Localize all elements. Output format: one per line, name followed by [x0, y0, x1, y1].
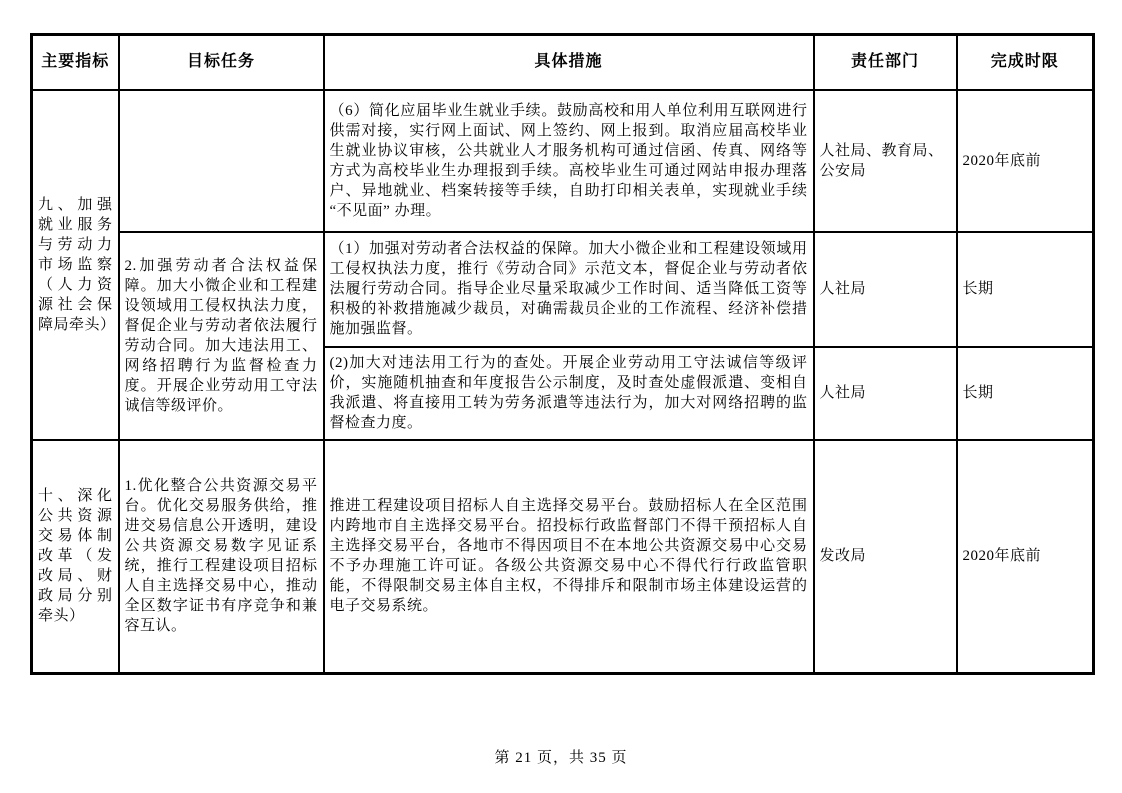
cell-dept-row3: 人社局 [814, 347, 957, 440]
cell-deadline-row4: 2020年底前 [957, 440, 1094, 674]
cell-measure-2: (2)加大对违法用工行为的查处。开展企业劳动用工守法诚信等级评价，实施随机抽查和… [324, 347, 814, 440]
cell-deadline-row3: 长期 [957, 347, 1094, 440]
header-responsible-dept: 责任部门 [814, 35, 957, 90]
cell-task-2: 2.加强劳动者合法权益保障。加大小微企业和工程建设领域用工侵权执法力度，督促企业… [119, 232, 324, 440]
page-number: 第 21 页，共 35 页 [0, 746, 1122, 767]
cell-indicator-section9: 九、加强就业服务与劳动力市场监察（人力资源社会保障局牵头） [32, 90, 119, 440]
cell-dept-row2: 人社局 [814, 232, 957, 347]
cell-dept-row1: 人社局、教育局、公安局 [814, 90, 957, 232]
document-page: 主要指标 目标任务 具体措施 责任部门 完成时限 九、加强就业服务与劳动力市场监… [0, 0, 1122, 793]
measures-table: 主要指标 目标任务 具体措施 责任部门 完成时限 九、加强就业服务与劳动力市场监… [30, 33, 1095, 675]
cell-measure-6: （6）简化应届毕业生就业手续。鼓励高校和用人单位利用互联网进行供需对接，实行网上… [324, 90, 814, 232]
header-specific-measures: 具体措施 [324, 35, 814, 90]
header-main-indicator: 主要指标 [32, 35, 119, 90]
cell-measure-1: （1）加强对劳动者合法权益的保障。加大小微企业和工程建设领域用工侵权执法力度，推… [324, 232, 814, 347]
table-header-row: 主要指标 目标任务 具体措施 责任部门 完成时限 [32, 35, 1094, 90]
cell-task-1: 1.优化整合公共资源交易平台。优化交易服务供给，推进交易信息公开透明，建设公共资… [119, 440, 324, 674]
table-row: 十、深化公共资源交易体制改革（发改局、财政局分别牵头） 1.优化整合公共资源交易… [32, 440, 1094, 674]
table-row: 2.加强劳动者合法权益保障。加大小微企业和工程建设领域用工侵权执法力度，督促企业… [32, 232, 1094, 347]
header-deadline: 完成时限 [957, 35, 1094, 90]
table-row: 九、加强就业服务与劳动力市场监察（人力资源社会保障局牵头） （6）简化应届毕业生… [32, 90, 1094, 232]
cell-task-empty [119, 90, 324, 232]
header-target-task: 目标任务 [119, 35, 324, 90]
cell-dept-row4: 发改局 [814, 440, 957, 674]
cell-indicator-section10: 十、深化公共资源交易体制改革（发改局、财政局分别牵头） [32, 440, 119, 674]
cell-deadline-row1: 2020年底前 [957, 90, 1094, 232]
cell-measure-platform: 推进工程建设项目招标人自主选择交易平台。鼓励招标人在全区范围内跨地市自主选择交易… [324, 440, 814, 674]
cell-deadline-row2: 长期 [957, 232, 1094, 347]
